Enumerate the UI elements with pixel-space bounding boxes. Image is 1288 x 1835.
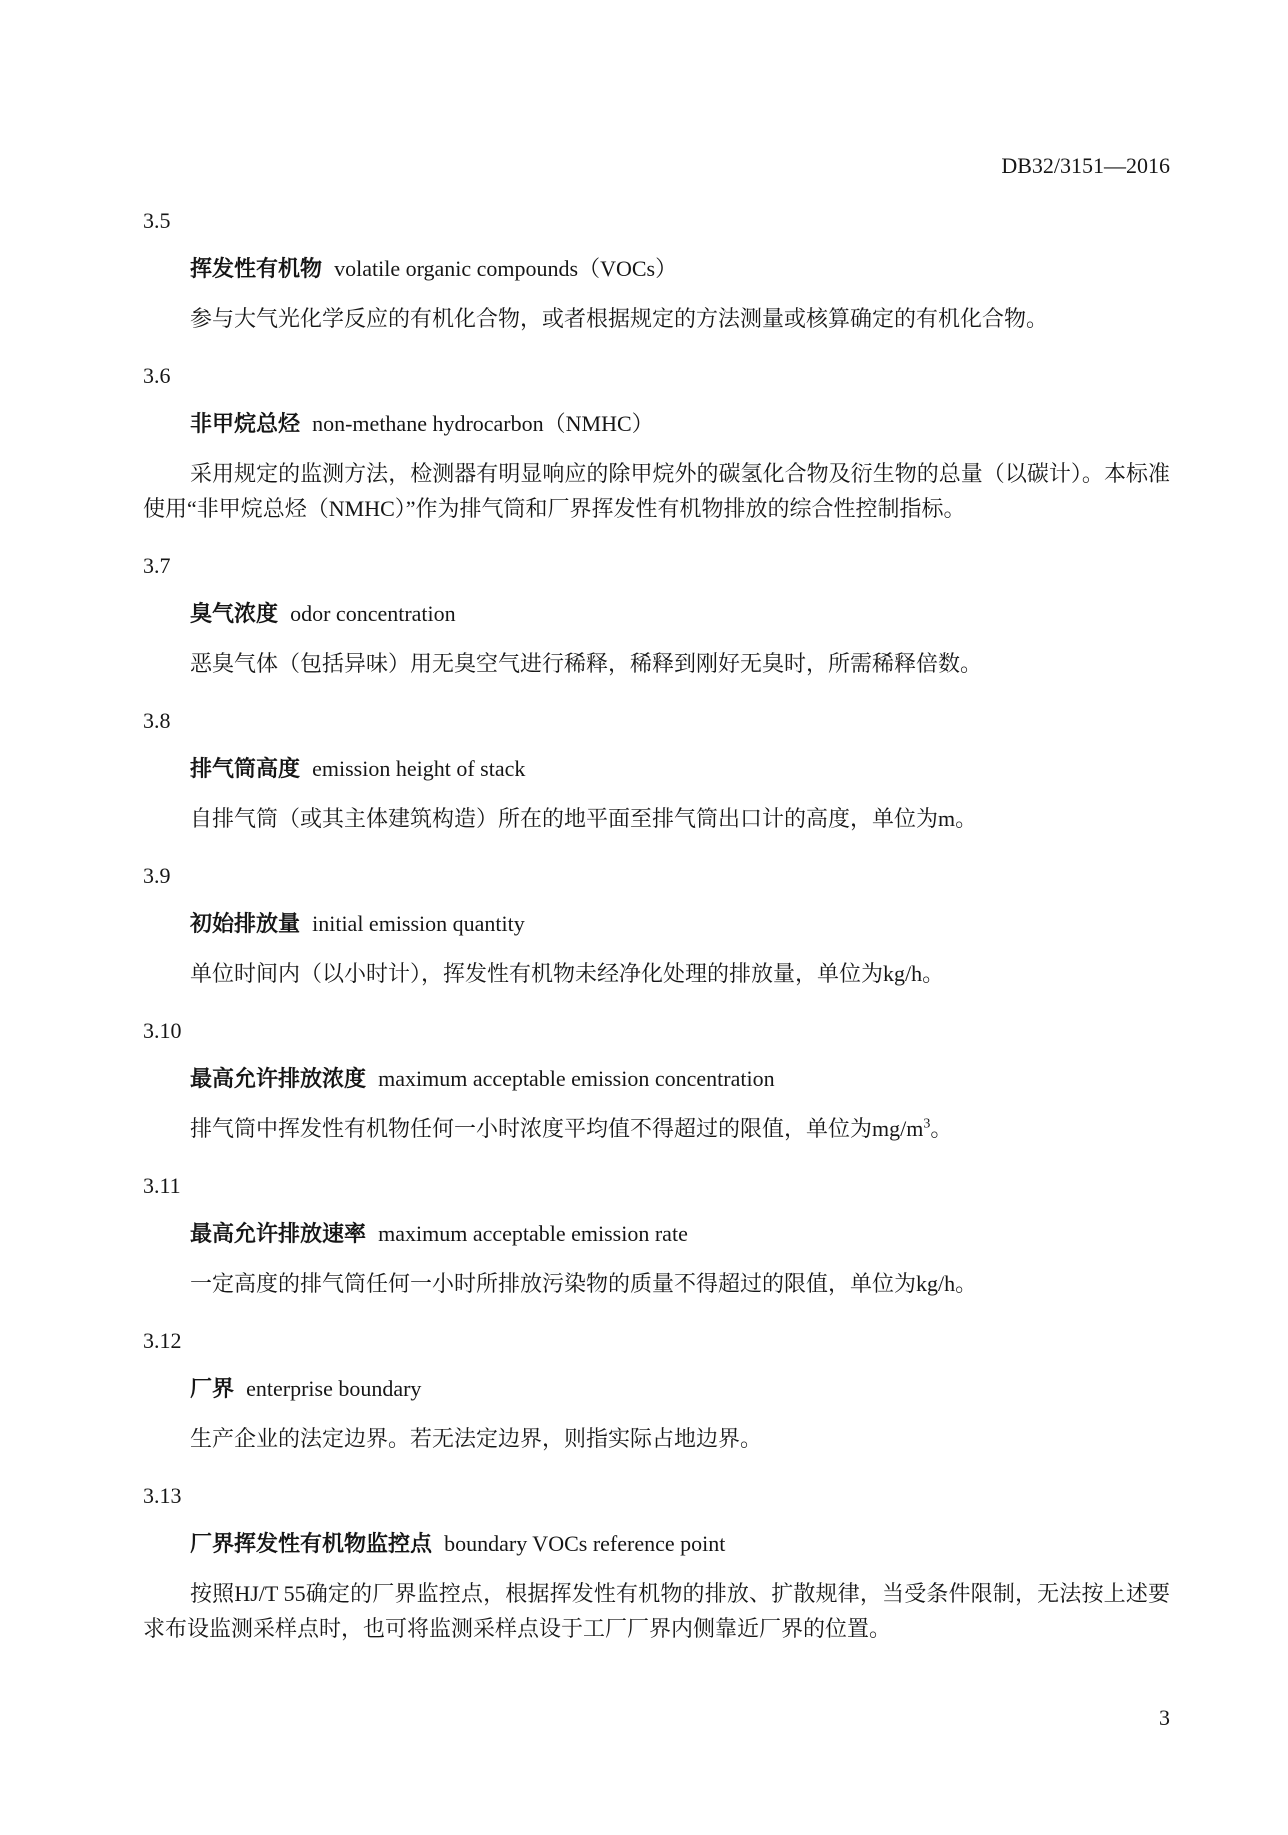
definition-paragraph: 排气筒中挥发性有机物任何一小时浓度平均值不得超过的限值，单位为mg/m3。: [143, 1111, 1170, 1146]
term-heading: 臭气浓度odor concentration: [143, 596, 1170, 631]
term-heading: 排气筒高度emission height of stack: [143, 751, 1170, 786]
section-3-9: 3.9 初始排放量initial emission quantity 单位时间内…: [143, 858, 1170, 991]
term-heading: 挥发性有机物volatile organic compounds（VOCs）: [143, 251, 1170, 286]
definition-paragraph: 单位时间内（以小时计），挥发性有机物未经净化处理的排放量，单位为kg/h。: [143, 956, 1170, 991]
definition-paragraph: 按照HJ/T 55确定的厂界监控点，根据挥发性有机物的排放、扩散规律，当受条件限…: [143, 1576, 1170, 1646]
section-3-11: 3.11 最高允许排放速率maximum acceptable emission…: [143, 1168, 1170, 1301]
section-3-13: 3.13 厂界挥发性有机物监控点boundary VOCs reference …: [143, 1478, 1170, 1646]
term-english: initial emission quantity: [312, 911, 525, 936]
term-english: odor concentration: [290, 601, 456, 626]
section-number: 3.13: [143, 1478, 1170, 1513]
term-chinese: 最高允许排放速率: [190, 1221, 366, 1246]
section-number: 3.12: [143, 1323, 1170, 1358]
section-number: 3.8: [143, 703, 1170, 738]
term-chinese: 排气筒高度: [190, 756, 300, 781]
section-number: 3.9: [143, 858, 1170, 893]
section-3-12: 3.12 厂界enterprise boundary 生产企业的法定边界。若无法…: [143, 1323, 1170, 1456]
definition-paragraph: 一定高度的排气筒任何一小时所排放污染物的质量不得超过的限值，单位为kg/h。: [143, 1266, 1170, 1301]
definition-paragraph: 恶臭气体（包括异味）用无臭空气进行稀释，稀释到刚好无臭时，所需稀释倍数。: [143, 646, 1170, 681]
term-heading: 最高允许排放速率maximum acceptable emission rate: [143, 1216, 1170, 1251]
term-english: non-methane hydrocarbon（NMHC）: [312, 411, 654, 436]
section-3-6: 3.6 非甲烷总烃non-methane hydrocarbon（NMHC） 采…: [143, 358, 1170, 526]
definition-text: 排气筒中挥发性有机物任何一小时浓度平均值不得超过的限值，单位为mg/m: [190, 1116, 923, 1141]
section-number: 3.10: [143, 1013, 1170, 1048]
term-chinese: 挥发性有机物: [190, 256, 322, 281]
page-content: DB32/3151—2016 3.5 挥发性有机物volatile organi…: [0, 0, 1288, 1735]
section-3-8: 3.8 排气筒高度emission height of stack 自排气筒（或…: [143, 703, 1170, 836]
term-english: maximum acceptable emission rate: [378, 1221, 688, 1246]
term-heading: 厂界挥发性有机物监控点boundary VOCs reference point: [143, 1526, 1170, 1561]
definition-paragraph: 参与大气光化学反应的有机化合物，或者根据规定的方法测量或核算确定的有机化合物。: [143, 301, 1170, 336]
definition-paragraph: 生产企业的法定边界。若无法定边界，则指实际占地边界。: [143, 1421, 1170, 1456]
definition-paragraph: 采用规定的监测方法，检测器有明显响应的除甲烷外的碳氢化合物及衍生物的总量（以碳计…: [143, 456, 1170, 526]
definition-paragraph: 自排气筒（或其主体建筑构造）所在的地平面至排气筒出口计的高度，单位为m。: [143, 801, 1170, 836]
document-page: { "page": { "header_code": "DB32/3151—20…: [0, 0, 1288, 1835]
term-heading: 最高允许排放浓度maximum acceptable emission conc…: [143, 1061, 1170, 1096]
document-code: DB32/3151—2016: [143, 148, 1170, 183]
term-chinese: 厂界挥发性有机物监控点: [190, 1531, 432, 1556]
section-number: 3.7: [143, 548, 1170, 583]
term-heading: 厂界enterprise boundary: [143, 1371, 1170, 1406]
section-3-7: 3.7 臭气浓度odor concentration 恶臭气体（包括异味）用无臭…: [143, 548, 1170, 681]
section-number: 3.11: [143, 1168, 1170, 1203]
page-number: 3: [143, 1700, 1170, 1735]
term-english: maximum acceptable emission concentratio…: [378, 1066, 774, 1091]
term-chinese: 最高允许排放浓度: [190, 1066, 366, 1091]
term-chinese: 初始排放量: [190, 911, 300, 936]
section-number: 3.5: [143, 203, 1170, 238]
term-heading: 初始排放量initial emission quantity: [143, 906, 1170, 941]
term-chinese: 厂界: [190, 1376, 234, 1401]
section-3-10: 3.10 最高允许排放浓度maximum acceptable emission…: [143, 1013, 1170, 1146]
term-english: emission height of stack: [312, 756, 525, 781]
term-chinese: 非甲烷总烃: [190, 411, 300, 436]
term-heading: 非甲烷总烃non-methane hydrocarbon（NMHC）: [143, 406, 1170, 441]
term-english: enterprise boundary: [246, 1376, 421, 1401]
section-3-5: 3.5 挥发性有机物volatile organic compounds（VOC…: [143, 203, 1170, 336]
definition-text: 。: [930, 1116, 952, 1141]
section-number: 3.6: [143, 358, 1170, 393]
term-english: volatile organic compounds（VOCs）: [334, 256, 677, 281]
term-chinese: 臭气浓度: [190, 601, 278, 626]
term-english: boundary VOCs reference point: [444, 1531, 725, 1556]
